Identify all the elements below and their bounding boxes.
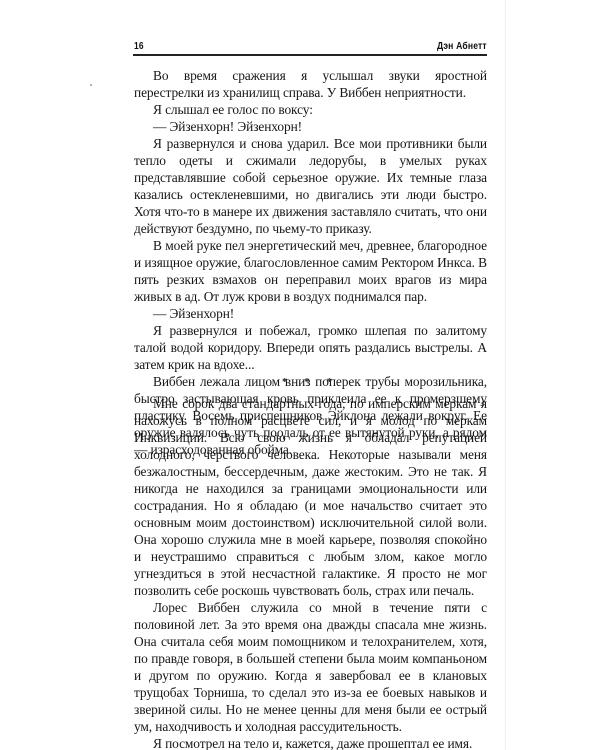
paragraph: Я развернулся и снова ударил. Все мои пр… <box>134 135 487 237</box>
dialogue-line: — Эйзенхорн! <box>134 305 487 322</box>
section-2-text: Мне сорок два стандартных года, по импер… <box>134 395 487 750</box>
page-number: 16 <box>134 40 144 52</box>
paragraph: Лорес Виббен служила со мной в течение п… <box>134 599 487 735</box>
paragraph: Я посмотрел на тело и, кажется, даже про… <box>134 735 487 750</box>
dialogue-line: — Эйзенхорн! Эйзенхорн! <box>134 118 487 135</box>
page-edge <box>505 0 506 750</box>
paragraph: Во время сражения я услышал звуки яростн… <box>134 67 487 101</box>
paragraph: Мне сорок два стандартных года, по импер… <box>134 395 487 599</box>
header-rule <box>133 54 487 56</box>
paragraph: Я развернулся и побежал, громко шлепая п… <box>134 322 487 373</box>
running-head-author: Дэн Абнетт <box>437 40 487 52</box>
paragraph: В моей руке пел энергетический меч, древ… <box>134 237 487 305</box>
running-head: 16 Дэн Абнетт <box>133 40 487 54</box>
section-separator: * * * <box>134 376 487 388</box>
paragraph: Я слышал ее голос по воксу: <box>134 101 487 118</box>
scan-speck <box>90 84 92 86</box>
